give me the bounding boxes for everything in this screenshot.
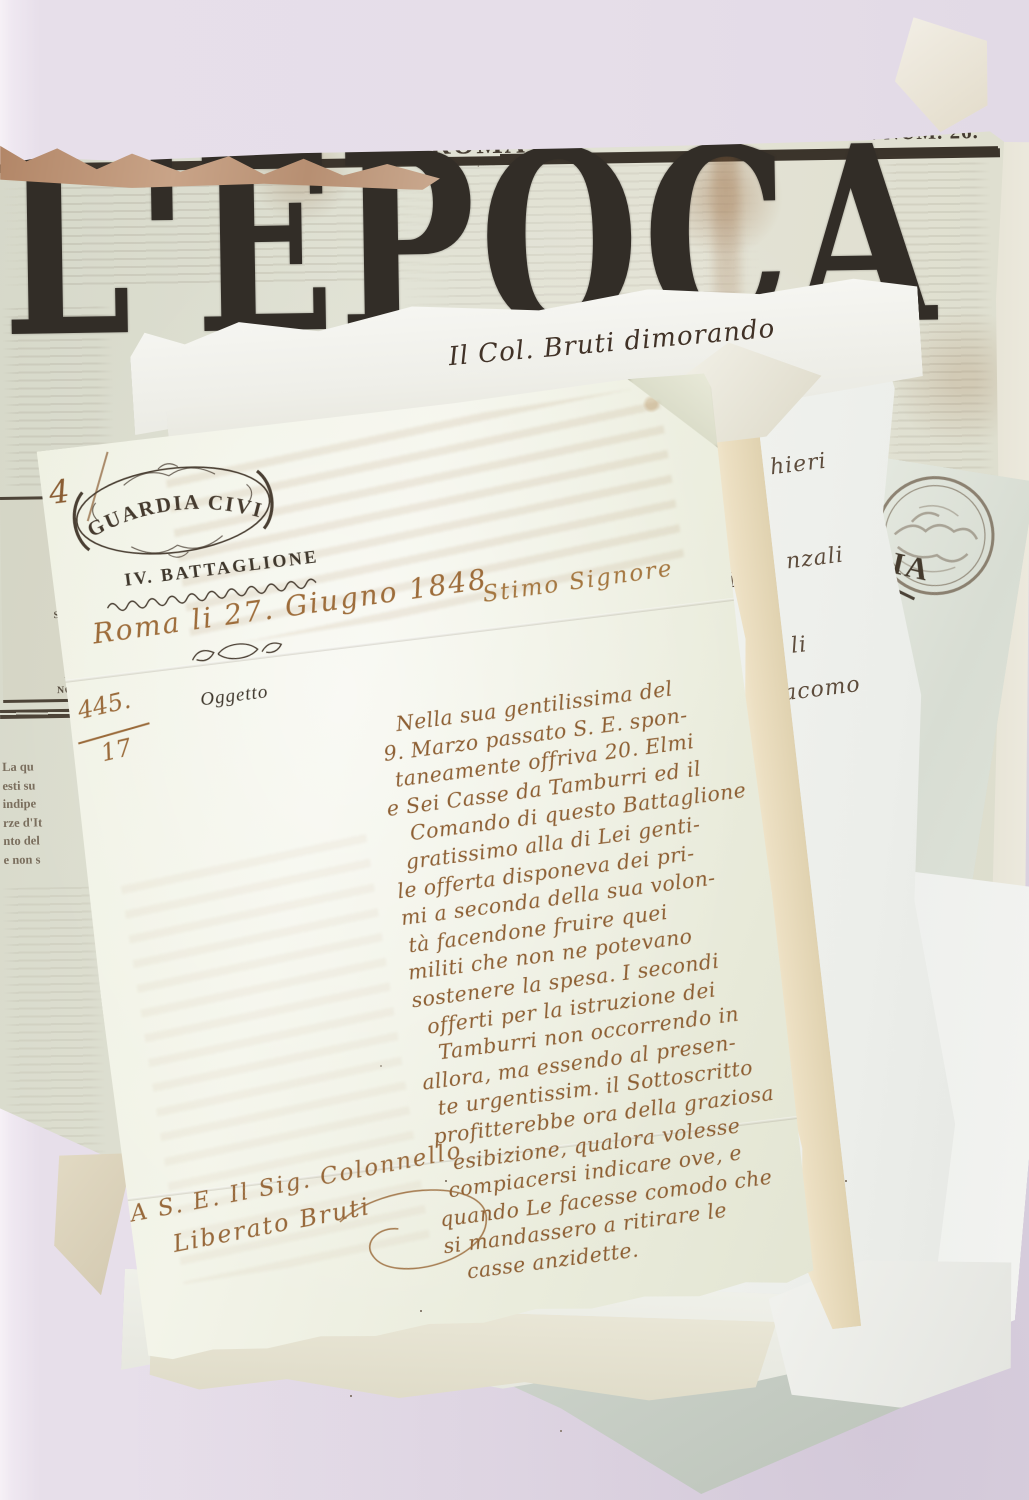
paper-corner-bottom-left bbox=[41, 1144, 133, 1297]
dust-specks bbox=[350, 1395, 352, 1397]
scanned-documents-scene: { "newspaper": { "date": "15 APRILE 1848… bbox=[0, 0, 1029, 1500]
newspaper-date: 15 APRILE 1848 bbox=[8, 133, 189, 162]
column-fragment: e non s bbox=[3, 849, 95, 869]
newsprint-column-texture bbox=[2, 886, 107, 1188]
paper-scrap-top-right bbox=[889, 16, 998, 138]
protocol-denominator: 17 bbox=[98, 733, 134, 767]
protocol-numerator: 445. bbox=[75, 686, 133, 725]
letter-guardia-civica: 4 GUARDIA CIVICA IV. BATTAGLIONE Roma li… bbox=[34, 369, 821, 1365]
object-label: Oggetto bbox=[199, 681, 269, 711]
column-fragment: nto del bbox=[3, 831, 95, 851]
